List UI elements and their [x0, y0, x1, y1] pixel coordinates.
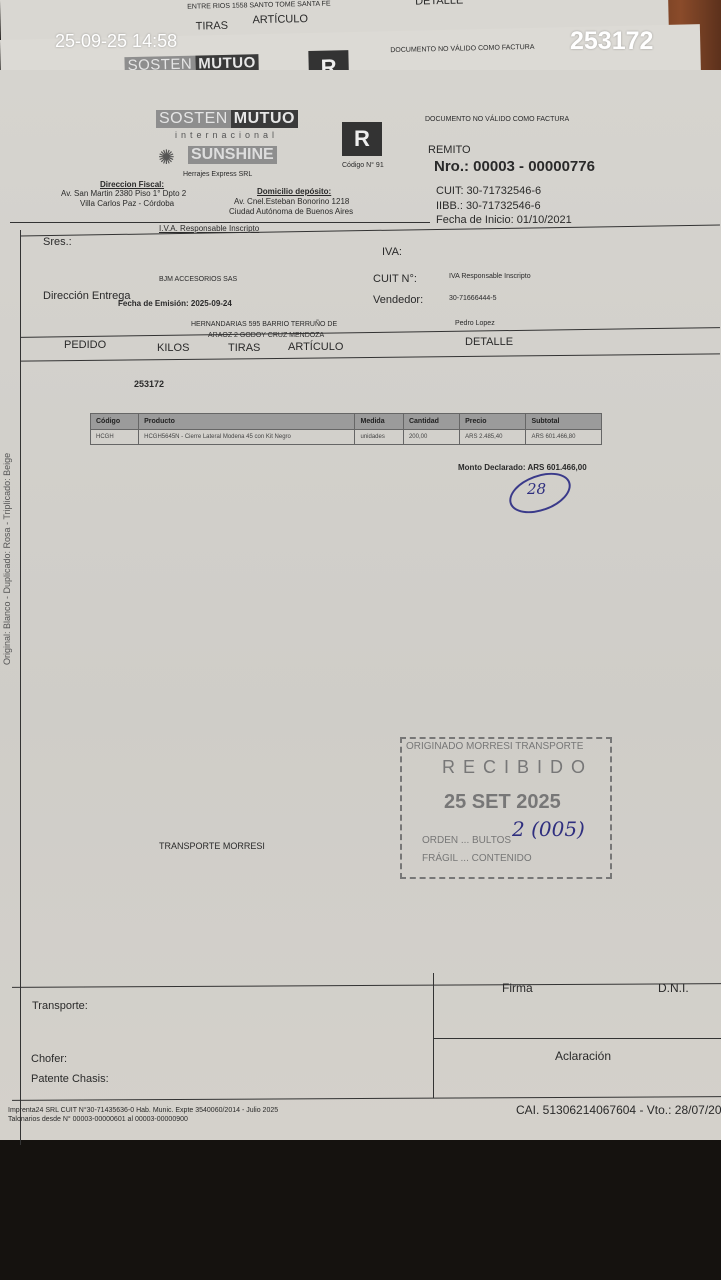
cell-producto: HCGH5645N - Cierre Lateral Modena 45 con… [139, 430, 355, 445]
cai: CAI. 51306214067604 - Vto.: 28/07/20 [516, 1103, 721, 1117]
copy-color-note: Original: Blanco - Duplicado: Rosa - Tri… [2, 453, 12, 665]
cell-cantidad: 200,00 [403, 430, 459, 445]
deposito-line-2: Ciudad Autónoma de Buenos Aires [229, 207, 353, 216]
stamp-date: 25 SET 2025 [444, 791, 561, 814]
pedido-number: 253172 [134, 379, 164, 389]
sres-label: Sres.: [43, 236, 72, 248]
cell-precio: ARS 2.485,40 [460, 430, 526, 445]
divider [20, 353, 720, 361]
client-cuit: 30-71666444-5 [449, 295, 497, 302]
items-table: Código Producto Medida Cantidad Precio S… [90, 413, 602, 445]
iva-value: IVA Responsable Inscripto [449, 273, 531, 280]
cell-subtotal: ARS 601.466,80 [526, 430, 602, 445]
back-address: ENTRE RIOS 1558 SANTO TOME SANTA FE [187, 1, 331, 11]
divider [12, 983, 721, 988]
doc-type: REMITO [428, 144, 471, 156]
firma-label: Firma [502, 981, 533, 995]
cell-medida: unidades [355, 430, 403, 445]
stamp-line-2: RECIBIDO [442, 757, 593, 778]
brand-sunshine: SUNSHINE [188, 146, 277, 164]
remito-number: Nro.: 00003 - 00000776 [434, 158, 595, 175]
logo-sosten-mutuo: SOSTENMUTUO [156, 110, 298, 128]
divider [20, 225, 720, 237]
fiscal-title: Direccion Fiscal: [100, 180, 164, 189]
left-border [20, 230, 21, 1145]
address-line-1: HERNANDARIAS 595 BARRIO TERRUÑO DE [191, 321, 337, 328]
monto-declarado: Monto Declarado: ARS 601.466,00 [458, 463, 587, 472]
iibb: IIBB.: 30-71732546-6 [436, 200, 541, 212]
cuit-label: CUIT N°: [373, 273, 417, 285]
col-detalle: DETALLE [465, 336, 513, 348]
stamp-line-4: ORDEN ... BULTOS [422, 835, 511, 846]
fecha-inicio: Fecha de Inicio: 01/10/2021 [436, 214, 572, 226]
letter-r-box: R [342, 122, 382, 156]
company-name: Herrajes Express SRL [183, 171, 252, 178]
deposito-title: Domicilio depósito: [257, 187, 331, 196]
cuit: CUIT: 30-71732546-6 [436, 185, 541, 197]
col-pedido: PEDIDO [64, 339, 106, 351]
col-articulo: ARTÍCULO [288, 341, 343, 353]
stamp-line-1: ORIGINADO MORRESI TRANSPORTE [406, 741, 583, 752]
col-kilos: KILOS [157, 342, 189, 354]
iva-label: IVA: [382, 246, 402, 258]
reception-stamp: ORIGINADO MORRESI TRANSPORTE RECIBIDO 25… [400, 737, 612, 879]
divider [12, 1096, 721, 1101]
vendedor-label: Vendedor: [373, 294, 423, 306]
stamp-line-5: FRÁGIL ... CONTENIDO [422, 853, 532, 864]
divider [433, 1038, 721, 1039]
imprenta: Imprenta24 SRL CUIT N°30-71435636-0 Hab.… [8, 1107, 278, 1114]
divider [20, 327, 720, 338]
deposito-line-1: Av. Cnel.Esteban Bonorino 1218 [234, 197, 349, 206]
codigo: Código N° 91 [342, 162, 384, 169]
chofer-label: Chofer: [31, 1053, 67, 1065]
back-col-articulo: ARTÍCULO [252, 13, 308, 26]
divider [433, 973, 434, 1098]
client-name: BJM ACCESORIOS SAS [159, 276, 237, 283]
table-row: HCGH HCGH5645N - Cierre Lateral Modena 4… [91, 430, 602, 445]
handwritten-number: 28 [527, 480, 546, 498]
cell-codigo: HCGH [91, 430, 139, 445]
th-producto: Producto [139, 414, 355, 430]
stamp-handwritten: 2 (005) [512, 817, 585, 841]
th-subtotal: Subtotal [526, 414, 602, 430]
remito-document: SOSTENMUTUO internacional ✺ SUNSHINE Her… [0, 70, 721, 1140]
fecha-emision: Fecha de Emisión: 2025-09-24 [118, 299, 232, 308]
fiscal-line-1: Av. San Martin 2380 Piso 1° Dpto 2 [61, 189, 186, 198]
photo-timestamp: 25-09-25 14:58 [55, 31, 177, 52]
transport-name: TRANSPORTE MORRESI [159, 841, 265, 851]
th-cantidad: Cantidad [403, 414, 459, 430]
talonarios: Talonarios desde N° 00003-00000601 al 00… [8, 1116, 188, 1123]
dni-label: D.N.I. [658, 981, 689, 995]
sun-icon: ✺ [158, 145, 175, 170]
divider [10, 222, 430, 223]
back-col-tiras: TIRAS [196, 20, 229, 33]
photo-code: 253172 [570, 27, 653, 56]
fiscal-line-2: Villa Carlos Paz - Córdoba [80, 199, 174, 208]
th-codigo: Código [91, 414, 139, 430]
th-precio: Precio [460, 414, 526, 430]
vendedor-name: Pedro Lopez [455, 320, 495, 327]
back-doc-note: DOCUMENTO NO VÁLIDO COMO FACTURA [390, 44, 534, 54]
patente-label: Patente Chasis: [31, 1073, 109, 1085]
doc-note: DOCUMENTO NO VÁLIDO COMO FACTURA [425, 116, 569, 123]
aclaracion-label: Aclaración [555, 1049, 611, 1063]
th-medida: Medida [355, 414, 403, 430]
transporte-label: Transporte: [32, 1000, 88, 1012]
col-tiras: TIRAS [228, 342, 260, 354]
back-col-detalle: DETALLE [415, 0, 463, 8]
logo-subtitle: internacional [175, 130, 278, 140]
